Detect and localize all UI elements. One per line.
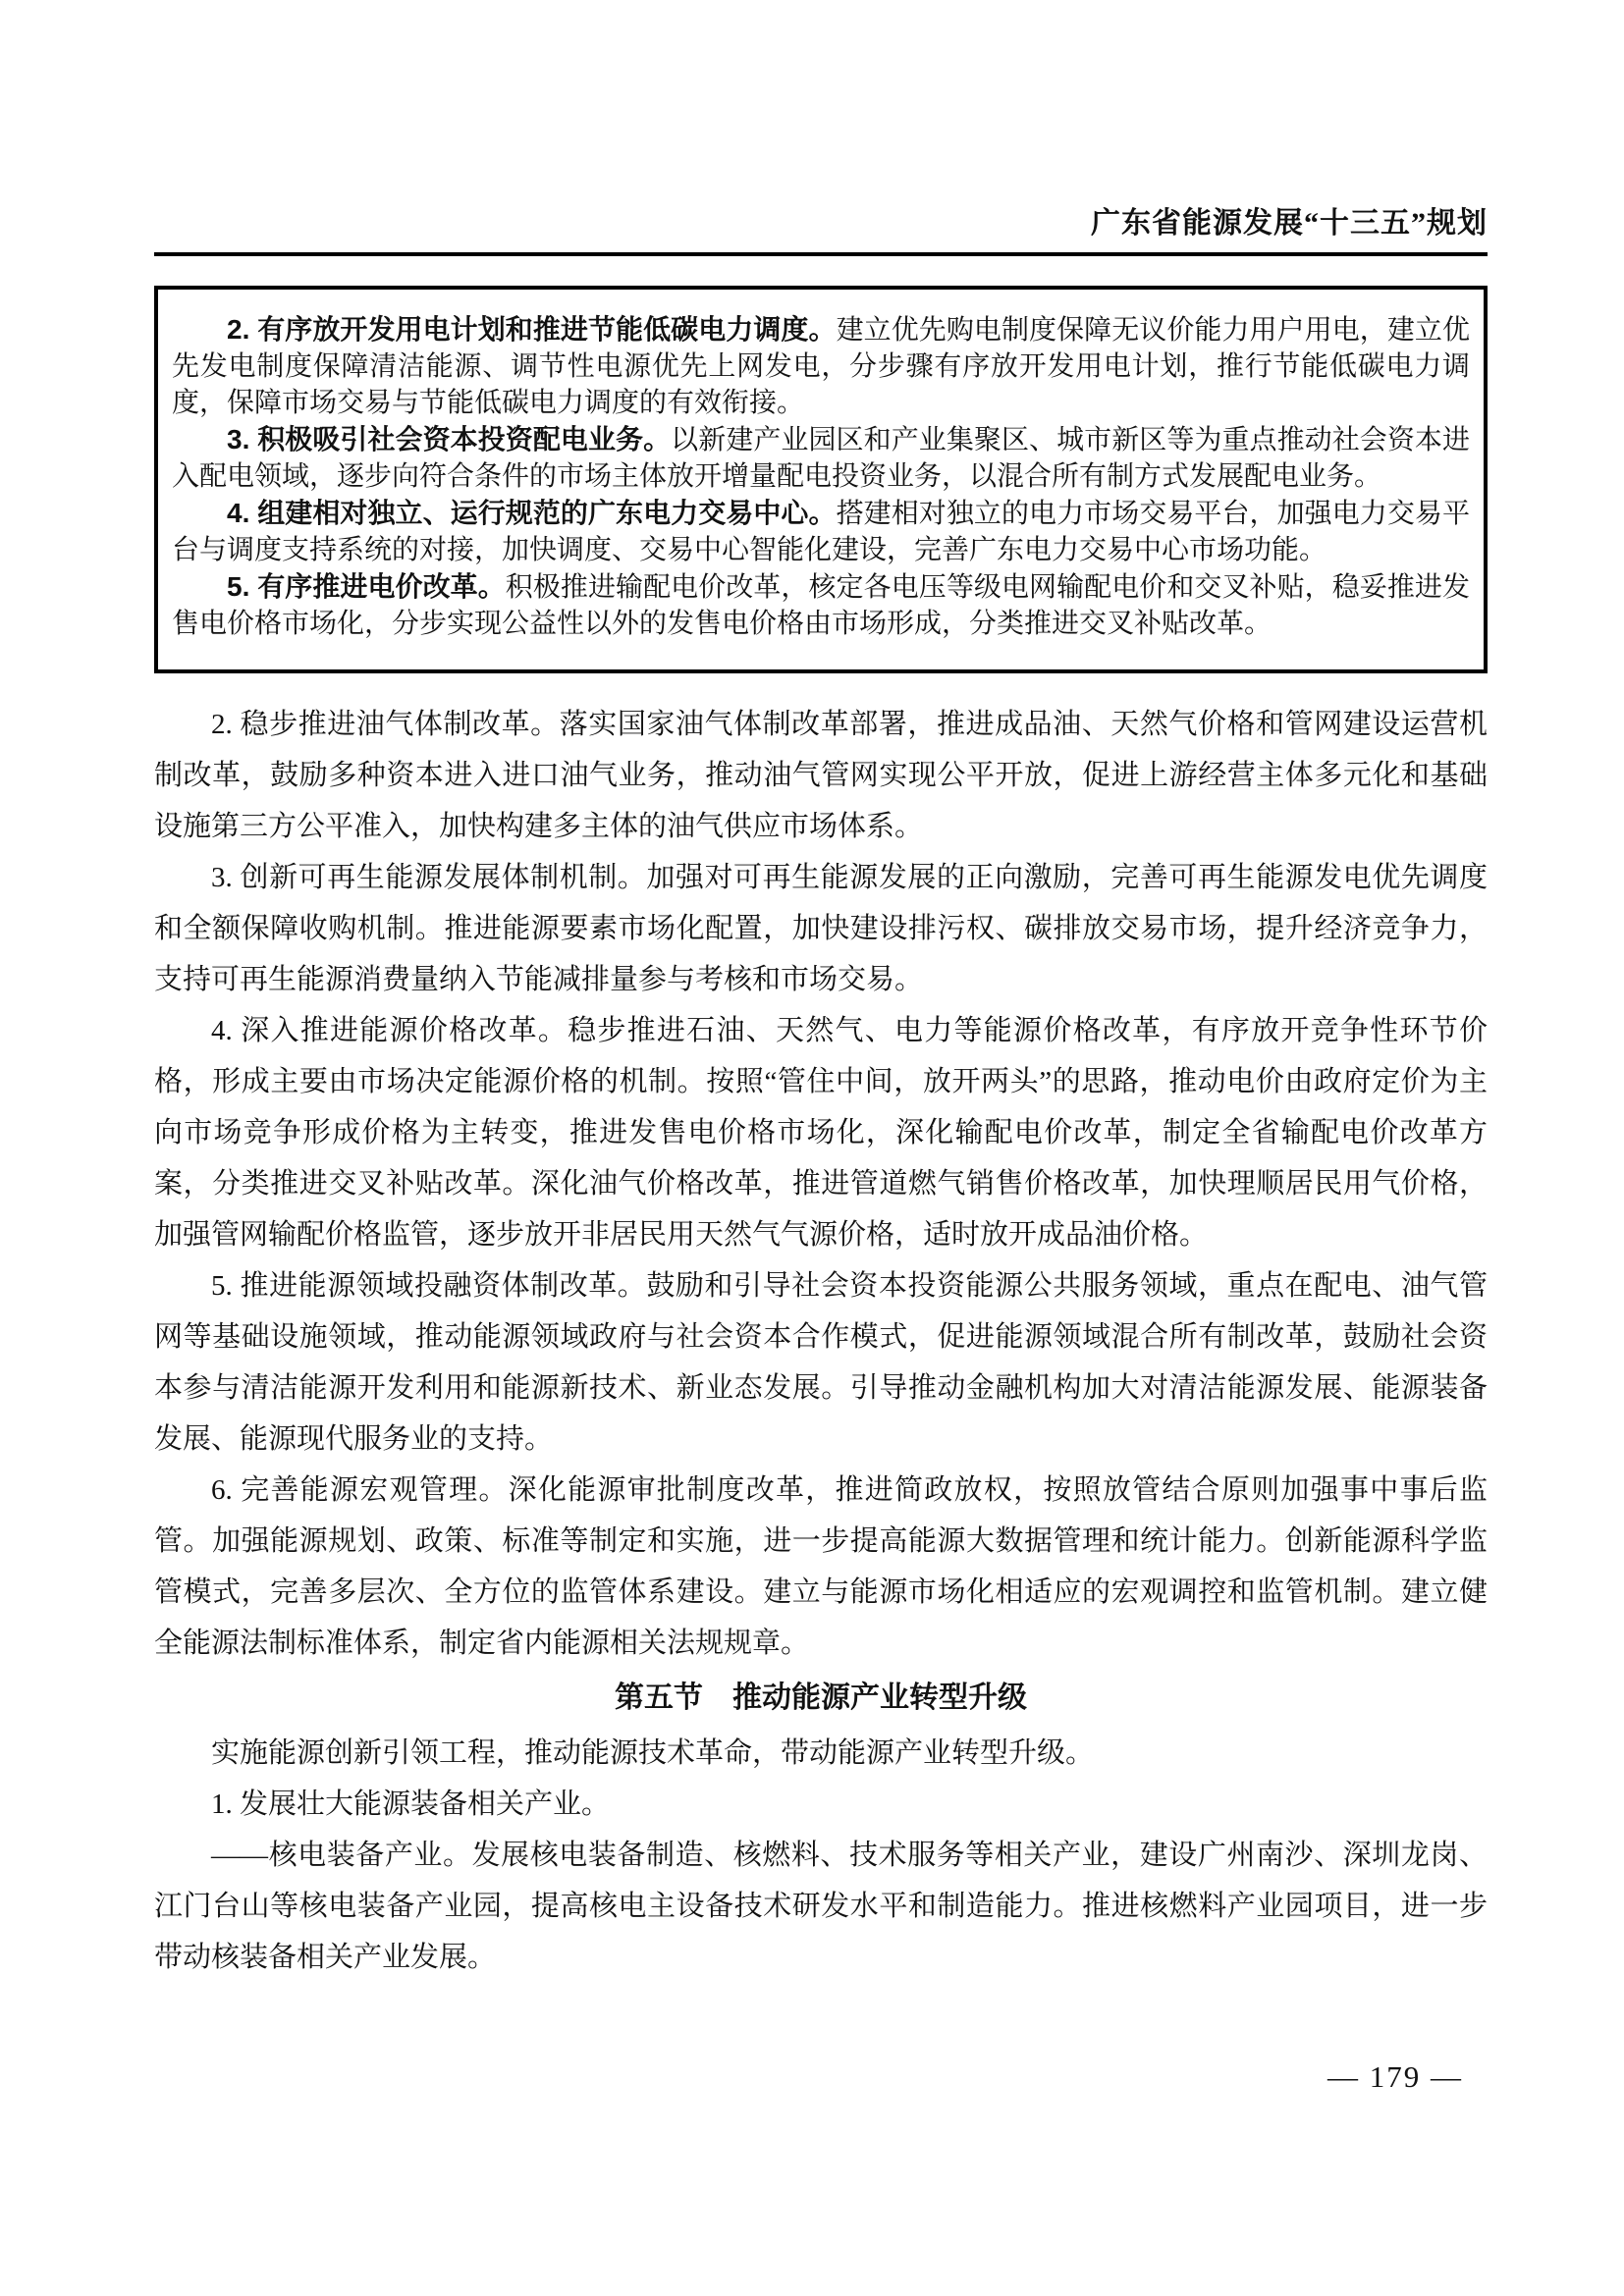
page-header-title: 广东省能源发展“十三五”规划 [154,198,1488,241]
highlight-box: 2. 有序放开发用电计划和推进节能低碳电力调度。建立优先购电制度保障无议价能力用… [154,286,1488,673]
body-paragraph: ——核电装备产业。发展核电装备制造、核燃料、技术服务等相关产业，建设广州南沙、深… [154,1830,1488,1983]
body-paragraph: 实施能源创新引领工程，推动能源技术革命，带动能源产业转型升级。 [154,1728,1488,1779]
body-paragraph-text: 实施能源创新引领工程，推动能源技术革命，带动能源产业转型升级。 [211,1737,1094,1769]
section-heading: 第五节 推动能源产业转型升级 [154,1673,1488,1724]
body-paragraph-text: 1. 发展壮大能源装备相关产业。 [211,1789,610,1820]
box-paragraph: 5. 有序推进电价改革。积极推进输配电价改革，核定各电压等级电网输配电价和交叉补… [172,568,1470,642]
document-page: 广东省能源发展“十三五”规划 2. 有序放开发用电计划和推进节能低碳电力调度。建… [0,0,1624,2296]
body-paragraph: 3. 创新可再生能源发展体制机制。加强对可再生能源发展的正向激励，完善可再生能源… [154,852,1488,1005]
box-paragraph-lead: 3. 积极吸引社会资本投资配电业务。 [227,424,671,454]
box-paragraph: 4. 组建相对独立、运行规范的广东电力交易中心。搭建相对独立的电力市场交易平台，… [172,495,1470,568]
body-paragraph: 2. 稳步推进油气体制改革。落实国家油气体制改革部署，推进成品油、天然气价格和管… [154,699,1488,852]
body-paragraph: 5. 推进能源领域投融资体制改革。鼓励和引导社会资本投资能源公共服务领域，重点在… [154,1260,1488,1465]
body-paragraph-lead: 5. 推进能源领域投融资体制改革。 [211,1270,646,1302]
box-paragraph: 2. 有序放开发用电计划和推进节能低碳电力调度。建立优先购电制度保障无议价能力用… [172,311,1470,421]
body-paragraph-text: 稳步推进石油、天然气、电力等能源价格改革，有序放开竞争性环节价格，形成主要由市场… [154,1015,1488,1251]
body-paragraph-lead: 3. 创新可再生能源发展体制机制。 [211,862,646,893]
header-rule [154,252,1488,256]
body-paragraph: 4. 深入推进能源价格改革。稳步推进石油、天然气、电力等能源价格改革，有序放开竞… [154,1005,1488,1260]
body-paragraph: 6. 完善能源宏观管理。深化能源审批制度改革，推进简政放权，按照放管结合原则加强… [154,1465,1488,1669]
body-paragraph-lead: 2. 稳步推进油气体制改革。 [211,709,560,740]
body-paragraph-text: ——核电装备产业。发展核电装备制造、核燃料、技术服务等相关产业，建设广州南沙、深… [154,1840,1488,1973]
box-paragraph-lead: 4. 组建相对独立、运行规范的广东电力交易中心。 [227,498,837,528]
body-paragraph-lead: 6. 完善能源宏观管理。 [211,1474,509,1506]
body-text: 2. 稳步推进油气体制改革。落实国家油气体制改革部署，推进成品油、天然气价格和管… [154,699,1488,1983]
page-content: 广东省能源发展“十三五”规划 2. 有序放开发用电计划和推进节能低碳电力调度。建… [154,0,1488,1983]
page-number: — 179 — [1327,2059,1463,2095]
body-paragraph: 1. 发展壮大能源装备相关产业。 [154,1779,1488,1830]
box-paragraph-lead: 2. 有序放开发用电计划和推进节能低碳电力调度。 [227,314,837,345]
box-paragraph: 3. 积极吸引社会资本投资配电业务。以新建产业园区和产业集聚区、城市新区等为重点… [172,421,1470,495]
box-paragraph-lead: 5. 有序推进电价改革。 [227,571,506,602]
body-paragraph-lead: 4. 深入推进能源价格改革。 [211,1015,568,1046]
